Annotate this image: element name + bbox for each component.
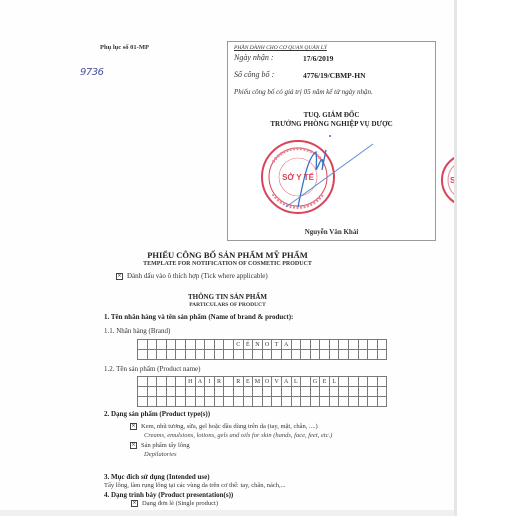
registration-box: PHẦN DÀNH CHO CƠ QUAN QUẢN LÝ Ngày nhận …	[227, 41, 436, 241]
document-page: Phụ lục số 01-MP 9736 PHẦN DÀNH CHO CƠ Q…	[0, 0, 455, 516]
grid-cell	[224, 377, 234, 387]
grid-cell: L	[291, 377, 301, 387]
grid-cell	[157, 350, 167, 360]
checkbox-checked-icon[interactable]: ×	[130, 442, 137, 449]
grid-cell	[368, 377, 378, 387]
option-label: Kem, nhũ tương, sữa, gel hoặc dầu dùng t…	[141, 423, 318, 430]
grid-cell	[205, 340, 215, 350]
grid-cell	[176, 397, 186, 407]
grid-cell: A	[195, 377, 205, 387]
grid-cell	[368, 340, 378, 350]
grid-cell	[377, 377, 387, 387]
grid-cell	[243, 397, 253, 407]
grid-cell	[147, 340, 157, 350]
grid-cell	[339, 350, 349, 360]
grid-cell	[377, 387, 387, 397]
grid-cell: M	[253, 377, 263, 387]
product-type-option-2-en: Depilatories	[144, 451, 177, 458]
grid-cell	[205, 397, 215, 407]
grid-cell	[176, 387, 186, 397]
brand-grid: CÉNOTA	[137, 339, 387, 360]
grid-cell	[157, 387, 167, 397]
signer-name: Nguyễn Văn Khải	[228, 228, 435, 236]
grid-cell	[224, 340, 234, 350]
grid-cell	[301, 397, 311, 407]
grid-cell	[166, 340, 176, 350]
grid-cell	[358, 377, 368, 387]
received-date-value: 17/6/2019	[303, 54, 333, 63]
grid-cell	[157, 340, 167, 350]
grid-cell	[157, 397, 167, 407]
grid-cell	[349, 350, 359, 360]
grid-cell	[301, 340, 311, 350]
grid-cell	[339, 340, 349, 350]
grid-cell	[301, 377, 311, 387]
grid-cell	[368, 397, 378, 407]
grid-cell	[358, 340, 368, 350]
grid-cell	[329, 397, 339, 407]
grid-cell	[281, 350, 291, 360]
product-type-option-1[interactable]: ×Kem, nhũ tương, sữa, gel hoặc dầu dùng …	[130, 423, 318, 430]
option-label: Sản phẩm tẩy lông	[141, 442, 190, 449]
grid-cell	[262, 397, 272, 407]
grid-cell	[147, 397, 157, 407]
grid-cell	[272, 350, 282, 360]
svg-text:SỞ Y TẾ: SỞ Y TẾ	[282, 172, 315, 182]
grid-cell	[233, 350, 243, 360]
grid-cell	[253, 387, 263, 397]
grid-cell	[138, 397, 148, 407]
grid-row: CÉNOTA	[138, 340, 387, 350]
product-type-option-2[interactable]: ×Sản phẩm tẩy lông	[130, 442, 190, 449]
checkbox-checked-icon[interactable]: ×	[131, 500, 138, 507]
grid-cell	[233, 397, 243, 407]
grid-cell	[320, 397, 330, 407]
grid-cell	[281, 397, 291, 407]
official-stamp: SỞ Y TẾ	[258, 122, 378, 232]
grid-cell	[214, 340, 224, 350]
checkbox-icon: ×	[116, 273, 123, 280]
grid-cell	[358, 397, 368, 407]
grid-cell	[224, 397, 234, 407]
grid-cell	[291, 350, 301, 360]
tick-note-text: Đánh dấu vào ô thích hợp (Tick where app…	[127, 272, 268, 280]
grid-cell	[195, 387, 205, 397]
grid-cell	[349, 377, 359, 387]
grid-cell	[301, 350, 311, 360]
grid-cell	[339, 397, 349, 407]
grid-cell: E	[243, 377, 253, 387]
grid-cell	[138, 340, 148, 350]
grid-cell	[272, 387, 282, 397]
grid-cell	[377, 340, 387, 350]
received-date-label: Ngày nhận :	[234, 53, 274, 62]
grid-cell	[349, 387, 359, 397]
tick-note: ×Đánh dấu vào ô thích hợp (Tick where ap…	[116, 272, 268, 280]
grid-cell	[291, 397, 301, 407]
intended-use-text: Tẩy lông, làm rụng lông tại các vùng da …	[104, 482, 286, 489]
product-label: 1.2. Tên sản phẩm (Product name)	[104, 365, 201, 373]
grid-cell	[147, 387, 157, 397]
grid-cell	[368, 350, 378, 360]
grid-cell	[243, 350, 253, 360]
brand-label: 1.1. Nhãn hàng (Brand)	[104, 327, 170, 335]
section-2-heading: 2. Dạng sản phẩm (Product type(s))	[104, 410, 210, 418]
grid-cell	[310, 397, 320, 407]
grid-cell	[310, 387, 320, 397]
grid-cell	[205, 387, 215, 397]
grid-cell	[339, 377, 349, 387]
grid-cell	[214, 397, 224, 407]
grid-cell	[320, 350, 330, 360]
grid-cell	[185, 340, 195, 350]
grid-cell: N	[253, 340, 263, 350]
grid-cell: E	[320, 377, 330, 387]
grid-cell: C	[233, 340, 243, 350]
grid-cell	[214, 387, 224, 397]
grid-cell	[339, 387, 349, 397]
grid-cell: R	[214, 377, 224, 387]
grid-cell	[377, 350, 387, 360]
registration-heading: PHẦN DÀNH CHO CƠ QUAN QUẢN LÝ	[234, 45, 327, 51]
grid-cell	[377, 397, 387, 407]
grid-cell	[262, 387, 272, 397]
grid-cell	[138, 377, 148, 387]
section-3-heading: 3. Mục đích sử dụng (Intended use)	[104, 473, 210, 481]
grid-row: HAIRREMOVALGEL	[138, 377, 387, 387]
grid-cell	[253, 397, 263, 407]
grid-cell	[157, 377, 167, 387]
grid-cell	[166, 377, 176, 387]
grid-cell	[138, 387, 148, 397]
grid-cell	[243, 387, 253, 397]
grid-cell	[195, 350, 205, 360]
grid-cell	[291, 387, 301, 397]
grid-cell	[272, 397, 282, 407]
grid-cell	[147, 377, 157, 387]
grid-cell	[310, 340, 320, 350]
grid-cell	[358, 387, 368, 397]
grid-cell	[195, 340, 205, 350]
grid-cell	[166, 397, 176, 407]
grid-cell	[138, 350, 148, 360]
grid-cell	[233, 387, 243, 397]
grid-cell	[349, 340, 359, 350]
section-title-en: PARTICULARS OF PRODUCT	[0, 302, 455, 308]
presentation-option-1[interactable]: ×Dạng đơn lẻ (Single product)	[131, 500, 218, 507]
validity-note: Phiếu công bố có giá trị 05 năm kể từ ng…	[234, 88, 373, 96]
grid-cell	[185, 387, 195, 397]
grid-cell	[310, 350, 320, 360]
grid-cell	[291, 340, 301, 350]
grid-cell	[176, 340, 186, 350]
grid-cell	[301, 387, 311, 397]
grid-cell	[253, 350, 263, 360]
grid-cell	[262, 350, 272, 360]
section-4-heading: 4. Dạng trình bày (Product presentation(…	[104, 491, 233, 499]
grid-cell	[166, 387, 176, 397]
grid-cell	[320, 340, 330, 350]
handwritten-note: 9736	[80, 67, 103, 78]
grid-cell: O	[262, 377, 272, 387]
grid-row	[138, 397, 387, 407]
grid-cell: H	[185, 377, 195, 387]
grid-cell: É	[243, 340, 253, 350]
grid-cell	[185, 350, 195, 360]
signer-title-1: TUQ. GIÁM ĐỐC	[228, 111, 435, 119]
grid-cell: A	[281, 340, 291, 350]
background-margin	[457, 0, 516, 516]
page-bottom-edge	[0, 510, 455, 516]
appendix-label: Phụ lục số 01-MP	[100, 44, 149, 51]
product-name-grid: HAIRREMOVALGEL	[137, 376, 387, 407]
grid-cell	[176, 377, 186, 387]
grid-cell	[205, 350, 215, 360]
document-title: PHIẾU CÔNG BỐ SẢN PHẨM MỸ PHẨM	[0, 250, 455, 260]
grid-cell	[176, 350, 186, 360]
grid-cell: R	[233, 377, 243, 387]
stamp-icon: SỞ Y TẾ	[258, 122, 378, 232]
grid-cell: G	[310, 377, 320, 387]
grid-cell: A	[281, 377, 291, 387]
grid-cell	[147, 350, 157, 360]
grid-cell	[185, 397, 195, 407]
grid-cell	[329, 340, 339, 350]
checkbox-checked-icon[interactable]: ×	[130, 423, 137, 430]
grid-cell	[224, 387, 234, 397]
grid-cell: O	[262, 340, 272, 350]
document-title-en: TEMPLATE FOR NOTIFICATION OF COSMETIC PR…	[0, 261, 455, 267]
grid-cell	[166, 350, 176, 360]
grid-cell	[320, 387, 330, 397]
section-1-heading: 1. Tên nhãn hàng và tên sản phẩm (Name o…	[104, 313, 293, 321]
grid-row	[138, 387, 387, 397]
grid-cell: I	[205, 377, 215, 387]
grid-cell: L	[329, 377, 339, 387]
grid-cell	[224, 350, 234, 360]
product-type-option-1-en: Creams, emulsions, lotions, gels and oil…	[144, 432, 332, 439]
grid-cell	[329, 350, 339, 360]
grid-cell: V	[272, 377, 282, 387]
announcement-no-value: 4776/19/CBMP-HN	[303, 71, 366, 80]
option-label: Dạng đơn lẻ (Single product)	[142, 500, 218, 507]
grid-cell	[195, 397, 205, 407]
grid-row	[138, 350, 387, 360]
grid-cell	[214, 350, 224, 360]
section-title: THÔNG TIN SẢN PHẨM	[0, 293, 455, 301]
grid-cell	[358, 350, 368, 360]
grid-cell	[329, 387, 339, 397]
grid-cell	[349, 397, 359, 407]
grid-cell	[368, 387, 378, 397]
grid-cell: T	[272, 340, 282, 350]
announcement-no-label: Số công bố :	[234, 70, 274, 79]
grid-cell	[281, 387, 291, 397]
